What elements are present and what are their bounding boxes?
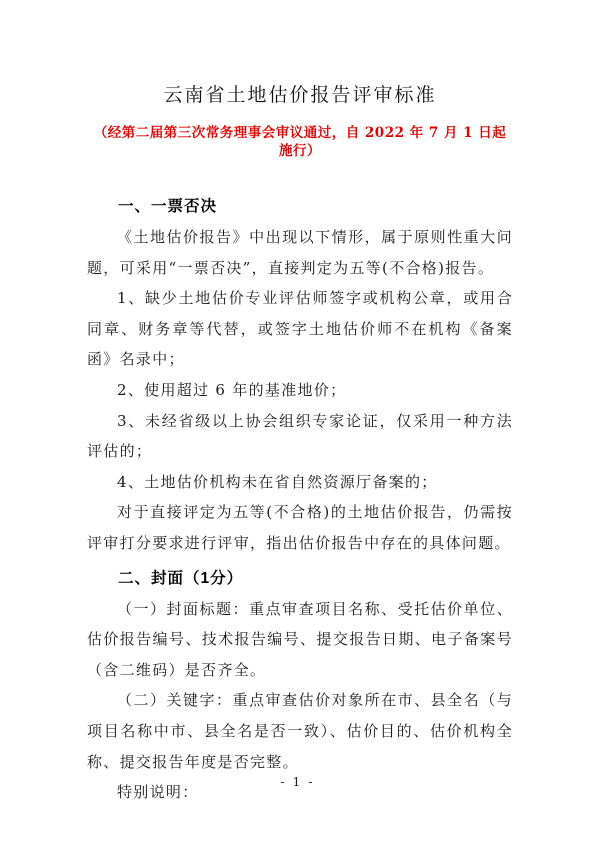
- paragraph: 对于直接评定为五等(不合格)的土地估价报告，仍需按评审打分要求进行评审，指出估价…: [87, 497, 513, 558]
- paragraph: （二）关键字：重点审查估价对象所在市、县全名（与项目名称中市、县全名是否一致）、…: [87, 685, 513, 777]
- document-subtitle: （经第二届第三次常务理事会审议通过，自 2022 年 7 月 1 日起施行）: [87, 124, 513, 160]
- document-body: 一、一票否决 《土地估价报告》中出现以下情形，属于原则性重大问题，可采用“一票否…: [87, 192, 513, 808]
- paragraph: （一）封面标题：重点审查项目名称、受托估价单位、估价报告编号、技术报告编号、提交…: [87, 594, 513, 686]
- paragraph: 4、土地估价机构未在省自然资源厅备案的；: [87, 467, 513, 498]
- document-page: 云南省土地估价报告评审标准 （经第二届第三次常务理事会审议通过，自 2022 年…: [0, 0, 595, 841]
- paragraph: 1、缺少土地估价专业评估师签字或机构公章，或用合同章、财务章等代替，或签字土地估…: [87, 283, 513, 375]
- page-title: 云南省土地估价报告评审标准: [87, 82, 513, 108]
- section-heading-one-vote-veto: 一、一票否决: [87, 192, 513, 222]
- section-heading-cover: 二、封面（1分）: [87, 564, 513, 594]
- paragraph: 3、未经省级以上协会组织专家论证，仅采用一种方法评估的；: [87, 406, 513, 467]
- page-number: - 1 -: [0, 774, 595, 789]
- paragraph: 《土地估价报告》中出现以下情形，属于原则性重大问题，可采用“一票否决”，直接判定…: [87, 222, 513, 283]
- paragraph: 2、使用超过 6 年的基准地价；: [87, 375, 513, 406]
